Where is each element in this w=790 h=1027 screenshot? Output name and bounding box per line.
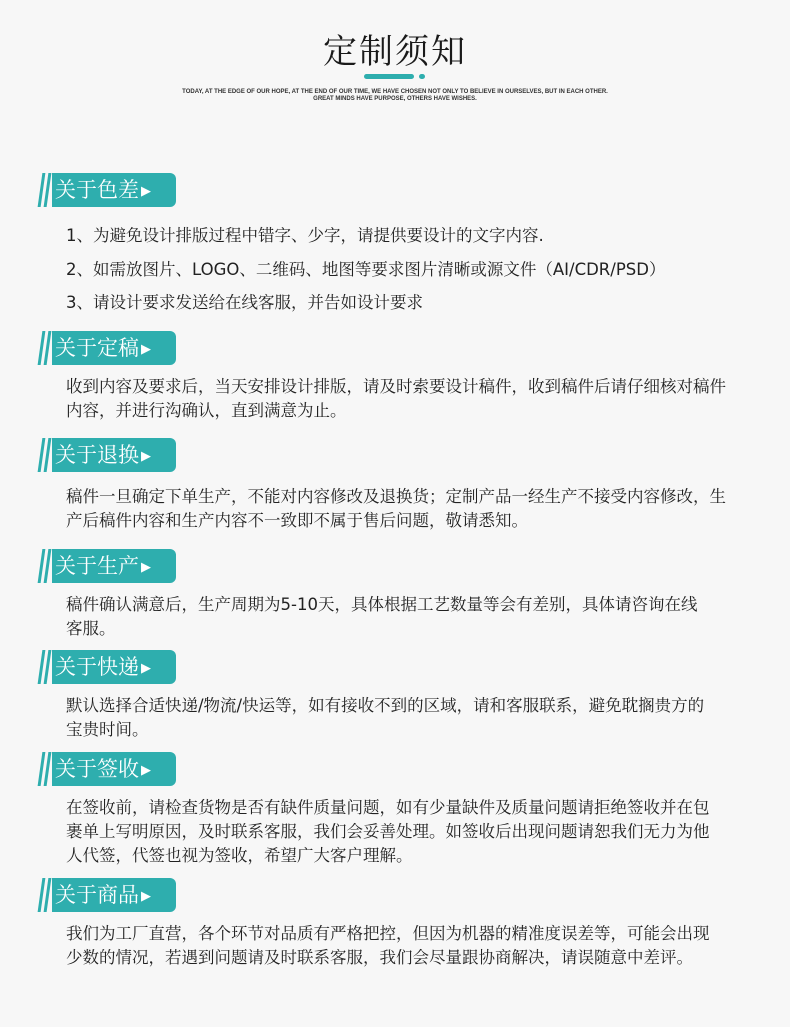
heading-label: 关于定稿 <box>55 336 139 360</box>
stripe-decoration <box>44 331 52 365</box>
stripe-decoration <box>44 752 52 786</box>
arrow-right-icon: ▶ <box>141 560 151 575</box>
heading-label: 关于签收 <box>55 757 139 781</box>
section-text: 默认选择合适快递/物流/快运等，如有接收不到的区域，请和客服联系，避免耽搁贵方的… <box>66 694 716 742</box>
arrow-right-icon: ▶ <box>141 342 151 357</box>
stripe-decoration <box>44 650 52 684</box>
heading-label: 关于生产 <box>55 554 139 578</box>
stripe-decoration <box>44 438 52 472</box>
list-item: 2、如需放图片、LOGO、二维码、地图等要求图片清晰或源文件（AI/CDR/PS… <box>66 258 665 282</box>
section-text: 我们为工厂直营，各个环节对品质有严格把控，但因为机器的精准度误差等，可能会出现少… <box>66 922 716 970</box>
tagline-line-1: TODAY, AT THE EDGE OF OUR HOPE, AT THE E… <box>0 89 790 96</box>
arrow-right-icon: ▶ <box>141 661 151 676</box>
arrow-right-icon: ▶ <box>141 184 151 199</box>
heading-pill: 关于退换▶ <box>52 438 176 472</box>
heading-pill: 关于签收▶ <box>52 752 176 786</box>
section-text: 收到内容及要求后，当天安排设计排版，请及时索要设计稿件，收到稿件后请仔细核对稿件… <box>66 375 736 423</box>
section-text: 稿件确认满意后，生产周期为5-10天，具体根据工艺数量等会有差别，具体请咨询在线… <box>66 593 706 641</box>
page-title: 定制须知 <box>0 24 790 73</box>
divider-bar <box>364 74 414 79</box>
list-item: 3、请设计要求发送给在线客服，并告如设计要求 <box>66 291 423 315</box>
section-text: 在签收前，请检查货物是否有缺件质量问题，如有少量缺件及质量问题请拒绝签收并在包裹… <box>66 796 721 868</box>
heading-pill: 关于商品▶ <box>52 878 176 912</box>
stripe-decoration <box>44 549 52 583</box>
heading-pill: 关于生产▶ <box>52 549 176 583</box>
heading-label: 关于快递 <box>55 655 139 679</box>
section-text: 稿件一旦确定下单生产，不能对内容修改及退换货；定制产品一经生产不接受内容修改，生… <box>66 485 736 533</box>
arrow-right-icon: ▶ <box>141 763 151 778</box>
divider-dot <box>419 74 425 79</box>
arrow-right-icon: ▶ <box>141 449 151 464</box>
tagline: TODAY, AT THE EDGE OF OUR HOPE, AT THE E… <box>0 89 790 103</box>
list-item: 1、为避免设计排版过程中错字、少字，请提供要设计的文字内容. <box>66 224 544 248</box>
stripe-decoration <box>44 173 52 207</box>
heading-pill: 关于色差▶ <box>52 173 176 207</box>
stripe-decoration <box>44 878 52 912</box>
heading-pill: 关于定稿▶ <box>52 331 176 365</box>
arrow-right-icon: ▶ <box>141 889 151 904</box>
heading-pill: 关于快递▶ <box>52 650 176 684</box>
heading-label: 关于色差 <box>55 178 139 202</box>
heading-label: 关于退换 <box>55 443 139 467</box>
tagline-line-2: GREAT MINDS HAVE PURPOSE, OTHERS HAVE WI… <box>0 96 790 103</box>
heading-label: 关于商品 <box>55 883 139 907</box>
